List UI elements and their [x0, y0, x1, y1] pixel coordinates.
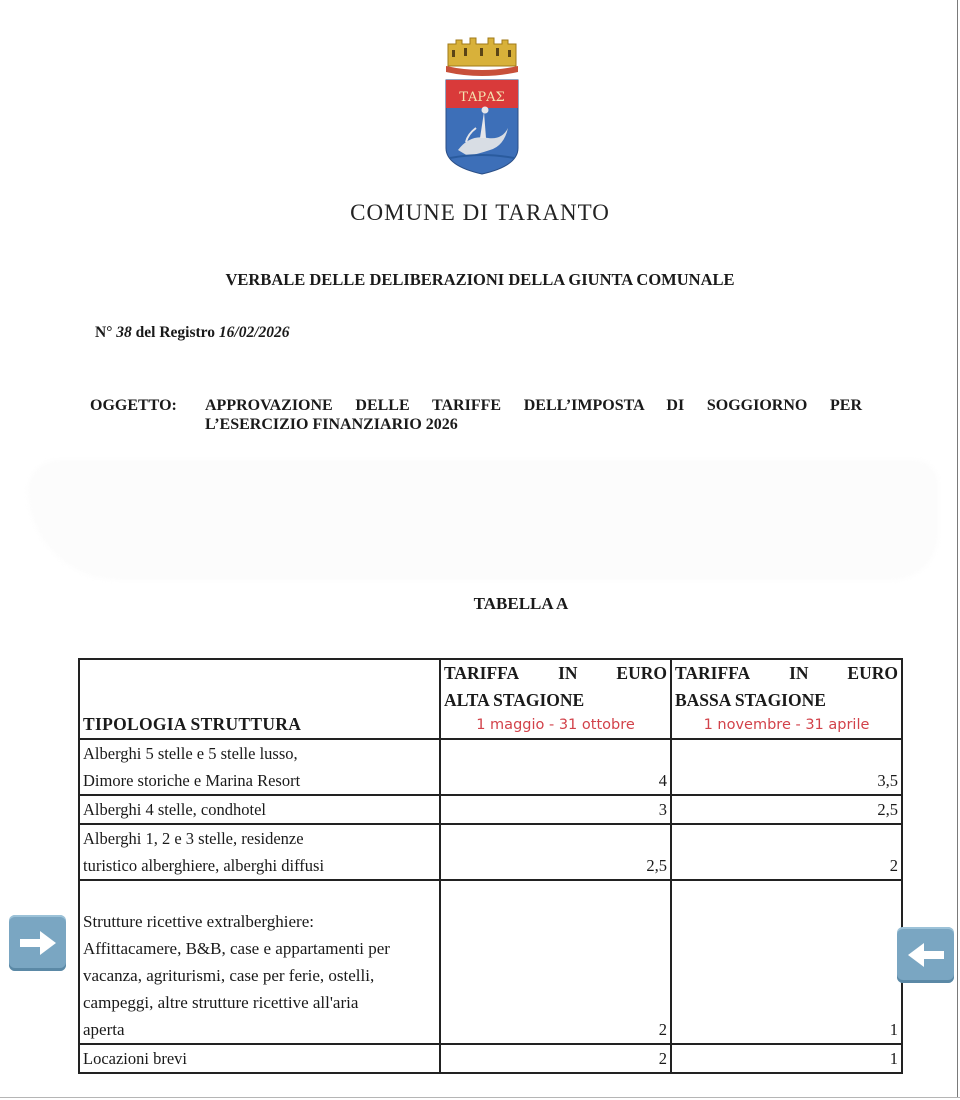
rate-bassa-stagione: 1 — [671, 1044, 902, 1073]
registro-label: del Registro — [136, 324, 215, 341]
page-edge-right — [957, 0, 958, 1098]
tariffs-table: TIPOLOGIA STRUTTURA TARIFFA IN EURO ALTA… — [78, 658, 903, 1074]
period-alta: 1 maggio - 31 ottobre — [444, 714, 667, 738]
rate-bassa-stagione: 3,5 — [671, 739, 902, 795]
oggetto-block: OGGETTO: APPROVAZIONE DELLE TARIFFE DELL… — [90, 397, 862, 434]
header-alta-stagione: TARIFFA IN EURO ALTA STAGIONE 1 maggio -… — [440, 659, 671, 739]
table-title: TABELLA A — [0, 594, 960, 614]
right-arrow-icon — [9, 915, 66, 971]
rate-bassa-stagione: 2 — [671, 824, 902, 880]
table-row: Alberghi 4 stelle, condhotel32,5 — [79, 795, 902, 824]
row-category: Alberghi 5 stelle e 5 stelle lusso,Dimor… — [79, 739, 440, 795]
registro-prefix: N° — [95, 324, 112, 341]
page-edge-bottom — [0, 1097, 960, 1098]
redacted-region — [28, 460, 938, 580]
table-row: Locazioni brevi21 — [79, 1044, 902, 1073]
table-row: Alberghi 1, 2 e 3 stelle, residenzeturis… — [79, 824, 902, 880]
crown-icon — [446, 38, 518, 76]
header-tipologia: TIPOLOGIA STRUTTURA — [79, 659, 440, 739]
oggetto-text-line2: L’ESERCIZIO FINANZIARIO 2026 — [205, 416, 862, 434]
row-category: Alberghi 4 stelle, condhotel — [79, 795, 440, 824]
rate-alta-stagione: 2,5 — [440, 824, 671, 880]
rate-alta-stagione: 2 — [440, 880, 671, 1044]
oggetto-label: OGGETTO: — [90, 397, 205, 415]
table-header-row: TIPOLOGIA STRUTTURA TARIFFA IN EURO ALTA… — [79, 659, 902, 739]
left-arrow-icon — [897, 927, 954, 983]
registro-number: 38 — [116, 324, 132, 341]
row-category: Strutture ricettive extralberghiere:Affi… — [79, 880, 440, 1044]
period-bassa: 1 novembre - 31 aprile — [675, 714, 898, 738]
coat-of-arms-emblem: ΤΑΡΑΣ — [440, 30, 524, 175]
registro-line: N° 38 del Registro 16/02/2026 — [95, 324, 290, 342]
rate-alta-stagione: 2 — [440, 1044, 671, 1073]
table-row: Strutture ricettive extralberghiere:Affi… — [79, 880, 902, 1044]
row-category: Locazioni brevi — [79, 1044, 440, 1073]
registro-date: 16/02/2026 — [219, 324, 290, 341]
row-category: Alberghi 1, 2 e 3 stelle, residenzeturis… — [79, 824, 440, 880]
document-type-heading: VERBALE DELLE DELIBERAZIONI DELLA GIUNTA… — [0, 270, 960, 290]
municipality-title: COMUNE DI TARANTO — [0, 200, 960, 226]
oggetto-text-line1: APPROVAZIONE DELLE TARIFFE DELL’IMPOSTA … — [205, 397, 862, 415]
svg-text:ΤΑΡΑΣ: ΤΑΡΑΣ — [459, 90, 504, 105]
rate-bassa-stagione: 1 — [671, 880, 902, 1044]
table-row: Alberghi 5 stelle e 5 stelle lusso,Dimor… — [79, 739, 902, 795]
header-bassa-stagione: TARIFFA IN EURO BASSA STAGIONE 1 novembr… — [671, 659, 902, 739]
rate-bassa-stagione: 2,5 — [671, 795, 902, 824]
rate-alta-stagione: 3 — [440, 795, 671, 824]
rate-alta-stagione: 4 — [440, 739, 671, 795]
